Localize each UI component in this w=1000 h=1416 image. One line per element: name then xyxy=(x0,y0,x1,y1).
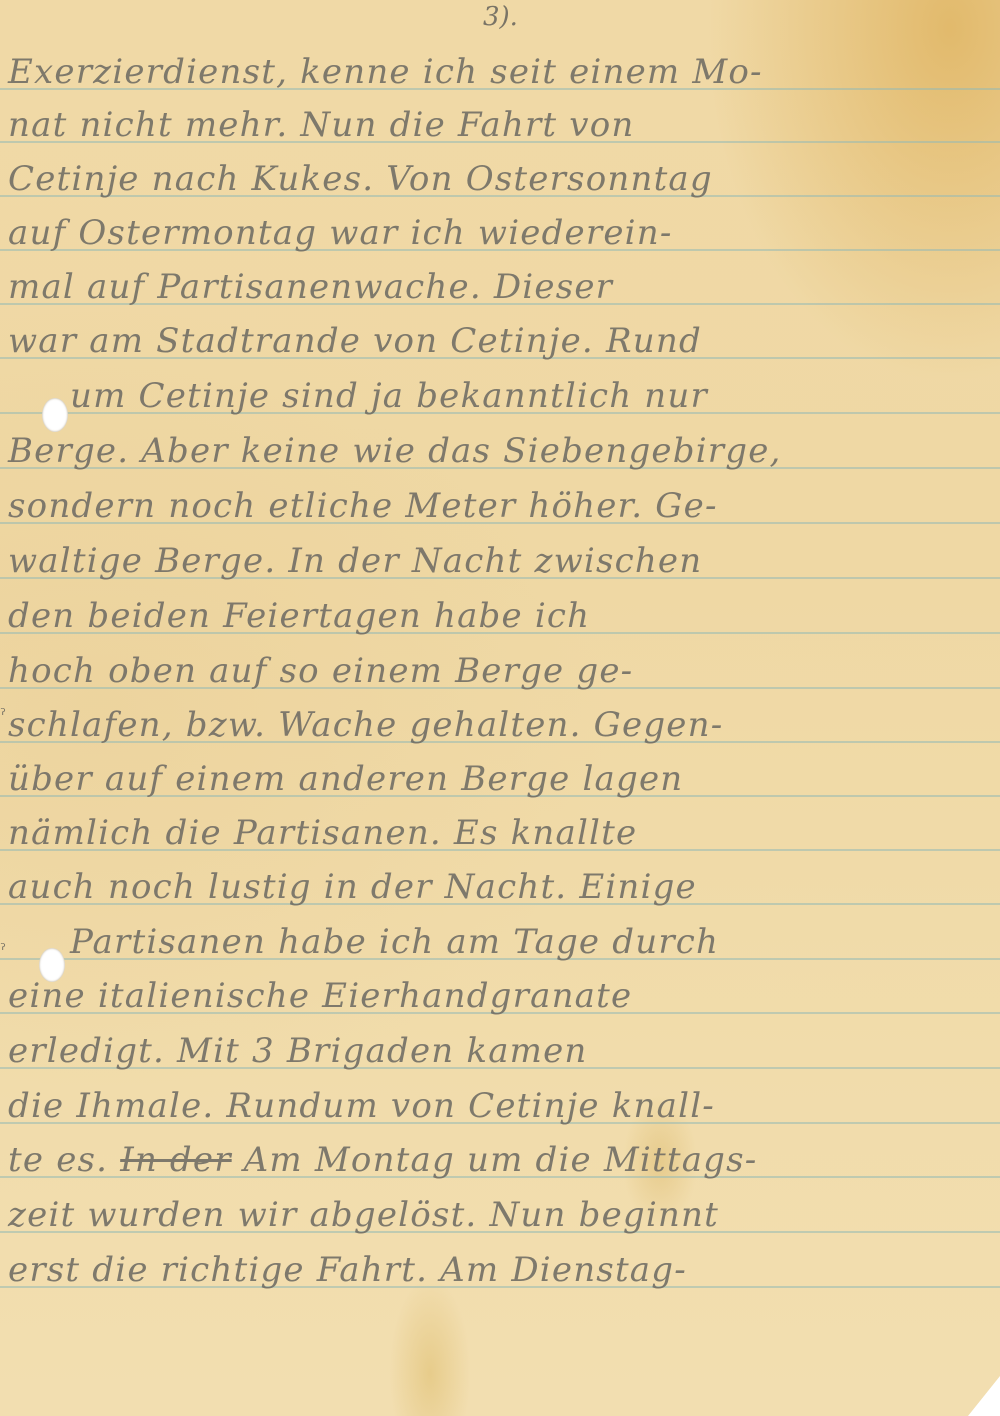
text-line-11: den beiden Feiertagen habe ich xyxy=(8,596,990,636)
letter-page: ˀ ˀ 3). Exerzierdienst, kenne ich seit e… xyxy=(0,0,1000,1416)
text-line-21: te es. In der Am Montag um die Mittags- xyxy=(8,1140,990,1180)
text-line-18: eine italienische Eierhandgranate xyxy=(8,976,990,1016)
text-fragment: te es. xyxy=(8,1140,120,1180)
text-line-10: waltige Berge. In der Nacht zwischen xyxy=(8,541,990,581)
text-line-19: erledigt. Mit 3 Brigaden kamen xyxy=(8,1031,990,1071)
text-line-20: die Ihmale. Rundum von Cetinje knall- xyxy=(8,1086,990,1126)
text-line-23: erst die richtige Fahrt. Am Dienstag- xyxy=(8,1250,990,1290)
text-line-1: Exerzierdienst, kenne ich seit einem Mo- xyxy=(8,52,990,92)
text-line-22: zeit wurden wir abgelöst. Nun beginnt xyxy=(8,1195,990,1235)
text-line-16: auch noch lustig in der Nacht. Einige xyxy=(8,867,990,907)
torn-corner xyxy=(968,1376,1000,1416)
struck-through-text: In der xyxy=(120,1140,231,1180)
text-line-17: Partisanen habe ich am Tage durch xyxy=(70,922,990,962)
margin-mark: ˀ xyxy=(0,705,6,724)
text-line-14: über auf einem anderen Berge lagen xyxy=(8,759,990,799)
margin-mark: ˀ xyxy=(0,940,6,959)
text-line-2: nat nicht mehr. Nun die Fahrt von xyxy=(8,105,990,145)
text-line-4: auf Ostermontag war ich wiederein- xyxy=(8,213,990,253)
text-line-7: um Cetinje sind ja bekanntlich nur xyxy=(70,376,990,416)
text-line-8: Berge. Aber keine wie das Siebengebirge, xyxy=(8,431,990,471)
text-line-3: Cetinje nach Kukes. Von Ostersonntag xyxy=(8,159,990,199)
text-line-13: schlafen, bzw. Wache gehalten. Gegen- xyxy=(8,705,990,745)
text-fragment: Am Montag um die Mittags- xyxy=(232,1140,758,1180)
text-line-15: nämlich die Partisanen. Es knallte xyxy=(8,813,990,853)
text-line-6: war am Stadtrande von Cetinje. Rund xyxy=(8,321,990,361)
text-line-9: sondern noch etliche Meter höher. Ge- xyxy=(8,486,990,526)
page-number: 3). xyxy=(483,2,518,32)
text-line-12: hoch oben auf so einem Berge ge- xyxy=(8,651,990,691)
punch-hole xyxy=(42,398,68,432)
text-line-5: mal auf Partisanenwache. Dieser xyxy=(8,267,990,307)
